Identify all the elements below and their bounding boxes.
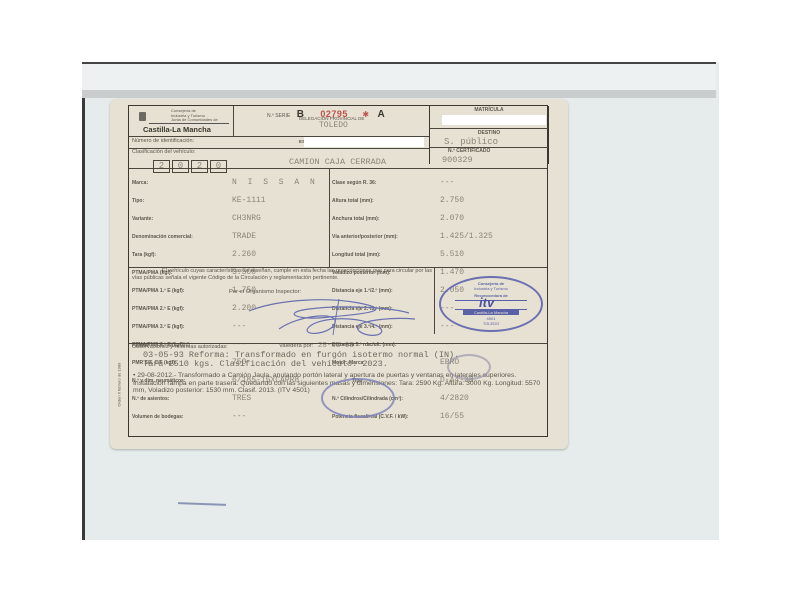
itv-stamp: Consejería de Industria y Turismo Recono… — [439, 276, 543, 332]
field-value: TRADE — [232, 232, 256, 241]
itv-card: Consejería de Industria y Turismo Junta … — [110, 99, 568, 449]
field-label: Longitud total (mm): — [332, 252, 440, 258]
field-value: 4/2820 — [440, 394, 469, 403]
serie-label: N.º SERIE — [267, 113, 290, 119]
field-label: PTMA/PMA 3.º E (kgf): — [132, 324, 232, 330]
field-row: Altura total (mm):2.750 — [332, 189, 547, 207]
stamp-line-6: TOLEDO — [441, 321, 541, 326]
field-label: Clase según R. 36: — [332, 180, 440, 186]
field-row: Marca:N I S S A N — [132, 171, 332, 189]
matricula-box: MATRÍCULA DESTINO S. público N.º CERTIFI… — [429, 106, 549, 164]
identificacion-label: Número de identificación: — [132, 138, 194, 144]
observation-stamp — [321, 378, 395, 418]
destino-label: DESTINO — [430, 130, 548, 136]
field-row: Volumen de bodegas:--- — [132, 405, 332, 423]
clasificacion-text: CAMION CAJA CERRADA — [289, 157, 386, 167]
scanner-lid-edge — [82, 62, 716, 92]
field-value: 1.470 — [440, 268, 464, 277]
field-label: PTMA/PMA 2.º E (kgf): — [132, 306, 232, 312]
field-label: PTMA/PMA 1.º E (kgf): — [132, 288, 232, 294]
side-legal-text: Orden 6 febrero de 1989 — [117, 337, 122, 407]
field-label: Anchura total (mm): — [332, 216, 440, 222]
field-row: Variante:CH3NRG — [132, 207, 332, 225]
field-row: Tara (kgf):2.260 — [132, 243, 332, 261]
itv-logo-icon: itv — [479, 295, 494, 310]
logo-line-3: Junta de Comunidades de — [171, 118, 218, 123]
field-value: 16/55 — [440, 412, 464, 421]
stamp-line-4: Castilla-La Mancha — [463, 310, 519, 315]
field-label: N.º de asientos: — [132, 396, 232, 402]
delegacion: DELEGACIÓN PROVINCIAL DE TOLEDO — [299, 116, 364, 129]
field-label: Marca: — [132, 180, 232, 186]
divider — [129, 168, 547, 169]
divider — [430, 128, 548, 129]
matricula-redacted — [442, 115, 546, 125]
column-divider — [329, 168, 330, 268]
field-value: --- — [440, 340, 454, 349]
certificado-label: N.º CERTIFICADO — [448, 148, 490, 154]
logo-rule — [149, 123, 229, 124]
coat-of-arms-icon — [139, 112, 146, 121]
field-label: Vía anterior/posterior (mm): — [332, 234, 440, 240]
field-value: 1.425/1.325 — [440, 232, 493, 241]
field-label: Tipo: — [132, 198, 232, 204]
statement: El vehículo cuyas características se res… — [132, 268, 434, 281]
field-label: Altura total (mm): — [332, 198, 440, 204]
logo-block: Consejería de Industria y Turismo Junta … — [129, 106, 234, 137]
card-frame: Consejería de Industria y Turismo Junta … — [128, 105, 548, 437]
column-divider — [434, 267, 435, 334]
field-value: 2.070 — [440, 214, 464, 223]
logo-text: Consejería de Industria y Turismo Junta … — [171, 109, 218, 123]
field-row: Denominación comercial:TRADE — [132, 225, 332, 243]
field-value: N I S S A N — [232, 178, 318, 187]
observation-stamp-2 — [447, 354, 491, 380]
field-row: Longitud total (mm):5.510 — [332, 243, 547, 261]
field-value: 5.510 — [440, 250, 464, 259]
field-label: Denominación comercial: — [132, 234, 232, 240]
identificacion-redacted — [304, 137, 424, 147]
field-label: Volumen de bodegas: — [132, 414, 232, 420]
field-value: 2.260 — [232, 250, 256, 259]
field-row: Clase según R. 36:--- — [332, 171, 547, 189]
observation-line-2: Tara 2510 kgs. Clasificación del vehícul… — [143, 360, 388, 369]
field-row: Tipo:KE-1111 — [132, 189, 332, 207]
field-row: Anchura total (mm):2.070 — [332, 207, 547, 225]
field-label: Variante: — [132, 216, 232, 222]
field-label: Tara (kgf): — [132, 252, 232, 258]
field-value: CH3NRG — [232, 214, 261, 223]
field-value: KE-1111 — [232, 196, 266, 205]
field-value: --- — [232, 340, 246, 349]
field-value: 2.750 — [440, 196, 464, 205]
destino-value: S. público — [444, 137, 498, 147]
field-value: TRES — [232, 394, 251, 403]
matricula-label: MATRÍCULA — [430, 107, 548, 113]
serie-suffix: A — [378, 109, 385, 120]
region-name: Castilla-La Mancha — [143, 125, 211, 134]
field-row: Vía anterior/posterior (mm):1.425/1.325 — [332, 225, 547, 243]
scanner-strip — [82, 90, 716, 98]
field-value: --- — [232, 412, 246, 421]
delegacion-value: TOLEDO — [319, 122, 364, 129]
stamp-line-2: Industria y Turismo — [441, 286, 541, 291]
certificado-value: 900329 — [442, 155, 473, 165]
field-value: --- — [440, 178, 454, 187]
